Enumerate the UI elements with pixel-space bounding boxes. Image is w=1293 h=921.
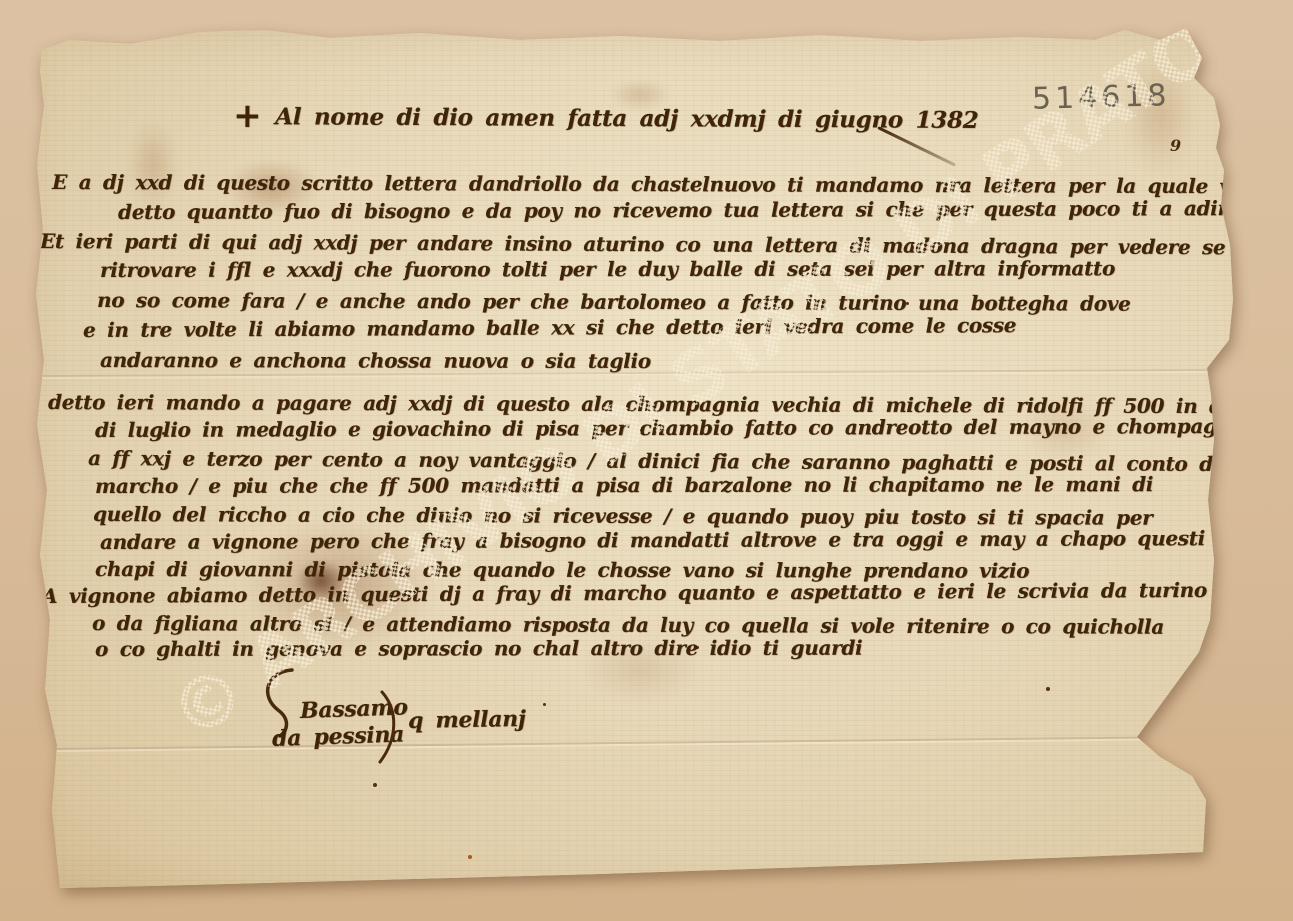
manuscript-page: +Al nome di dio amen fatta adj xxdmj di …: [0, 0, 1293, 921]
manuscript-line: andare a vignone pero che fray a bisogno…: [100, 526, 1205, 554]
page-mark: 9: [1170, 136, 1181, 155]
invocation-cross-icon: +: [233, 96, 261, 136]
signature-bracket-icon: [372, 688, 402, 766]
ink-speck: [543, 703, 546, 706]
manuscript-line: E a dj xxd di questo scritto lettera dan…: [52, 170, 1286, 198]
paper-shadow-wrap: +Al nome di dio amen fatta adj xxdmj di …: [0, 0, 1293, 921]
manuscript-line: detto quantto fuo di bisogno e da poy no…: [118, 196, 1241, 224]
manuscript-line: e in tre volte li abiamo mandamo balle x…: [83, 313, 1016, 342]
manuscript-line: quello del riccho a cio che dinio no si …: [93, 502, 1152, 530]
letter-heading: +Al nome di dio amen fatta adj xxdmj di …: [233, 96, 979, 140]
manuscript-line: andaranno e anchona chossa nuova o sia t…: [100, 348, 651, 373]
foxing-stain: [128, 120, 178, 210]
heading-text: Al nome di dio amen fatta adj xxdmj di g…: [275, 103, 978, 134]
manuscript-line: no so come fara / e anche ando per che b…: [97, 288, 1131, 316]
ink-speck: [1046, 687, 1050, 691]
signature-suffix: q mellanj: [408, 706, 526, 734]
manuscript-line: ritrovare i ffl e xxxdj che fuorono tolt…: [100, 256, 1115, 282]
scanned-letter: +Al nome di dio amen fatta adj xxdmj di …: [0, 0, 1293, 921]
ink-speck: [373, 783, 377, 787]
ink-speck: [468, 855, 472, 859]
